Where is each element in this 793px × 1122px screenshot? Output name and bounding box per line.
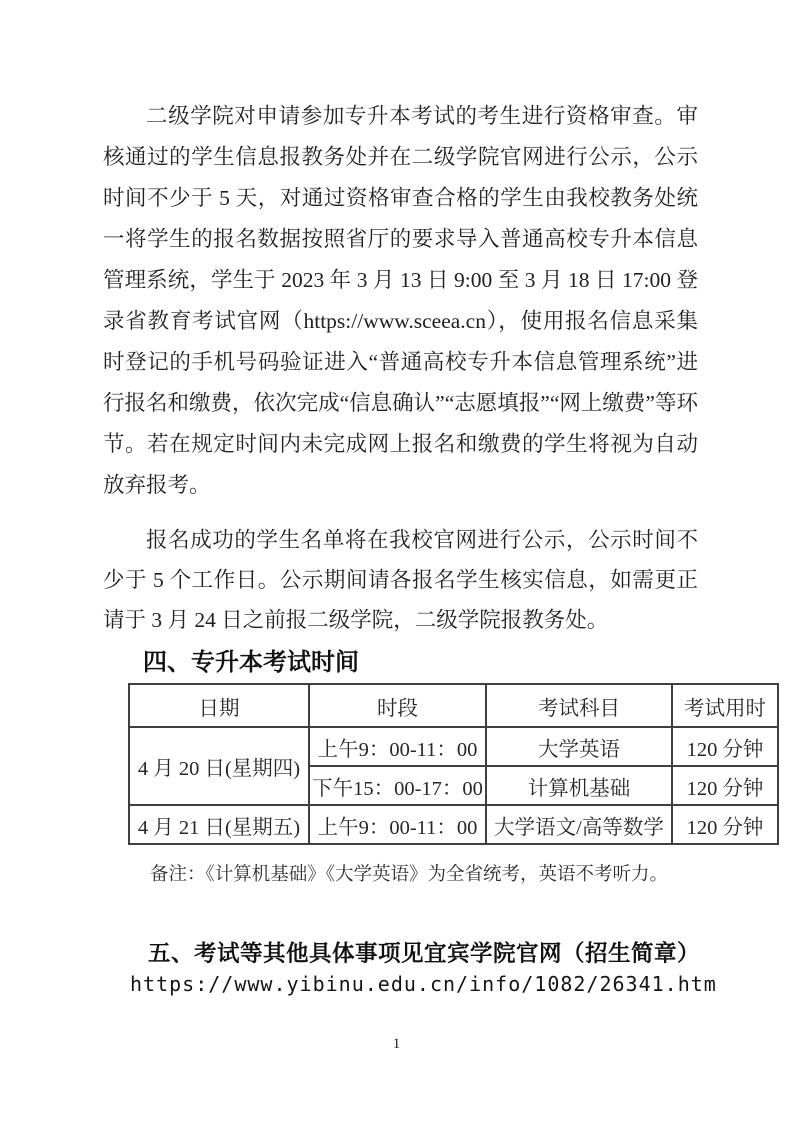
cell-subject-chinese-math: 大学语文/高等数学 — [486, 805, 672, 844]
table-row: 4 月 21 日(星期五) 上午9：00-11：00 大学语文/高等数学 120… — [129, 805, 778, 844]
cell-time-morning-1: 上午9：00-11：00 — [309, 727, 486, 766]
cell-subject-computer: 计算机基础 — [486, 766, 672, 805]
cell-date-apr21: 4 月 21 日(星期五) — [129, 805, 309, 844]
column-header-time: 时段 — [309, 684, 486, 727]
section-heading-exam-time: 四、专升本考试时间 — [143, 642, 359, 677]
cell-duration-2: 120 分钟 — [672, 766, 778, 805]
section-heading-other-matters: 五、考试等其他具体事项见宜宾学院官网（招生简章） — [148, 936, 700, 968]
document-page: 二级学院对申请参加专升本考试的考生进行资格审查。审核通过的学生信息报教务处并在二… — [0, 0, 793, 1122]
exam-schedule-table: 日期 时段 考试科目 考试用时 4 月 20 日(星期四) 上午9：00-11：… — [128, 683, 779, 845]
column-header-date: 日期 — [129, 684, 309, 727]
cell-duration-1: 120 分钟 — [672, 727, 778, 766]
table-row: 4 月 20 日(星期四) 上午9：00-11：00 大学英语 120 分钟 — [129, 727, 778, 766]
cell-time-morning-2: 上午9：00-11：00 — [309, 805, 486, 844]
cell-duration-3: 120 分钟 — [672, 805, 778, 844]
page-number: 1 — [0, 1036, 793, 1053]
column-header-duration: 考试用时 — [672, 684, 778, 727]
cell-date-apr20: 4 月 20 日(星期四) — [129, 727, 309, 805]
table-remark-note: 备注：《计算机基础》《大学英语》为全省统考，英语不考听力。 — [150, 860, 668, 886]
paragraph-public-notice: 报名成功的学生名单将在我校官网进行公示，公示时间不少于 5 个工作日。公示期间请… — [103, 520, 698, 640]
paragraph-qualification-review: 二级学院对申请参加专升本考试的考生进行资格审查。审核通过的学生信息报教务处并在二… — [103, 96, 698, 506]
cell-subject-english: 大学英语 — [486, 727, 672, 766]
cell-time-afternoon: 下午15：00-17：00 — [309, 766, 486, 805]
table-header-row: 日期 时段 考试科目 考试用时 — [129, 684, 778, 727]
column-header-subject: 考试科目 — [486, 684, 672, 727]
admission-guide-url-link[interactable]: https://www.yibinu.edu.cn/info/1082/2634… — [130, 972, 717, 996]
